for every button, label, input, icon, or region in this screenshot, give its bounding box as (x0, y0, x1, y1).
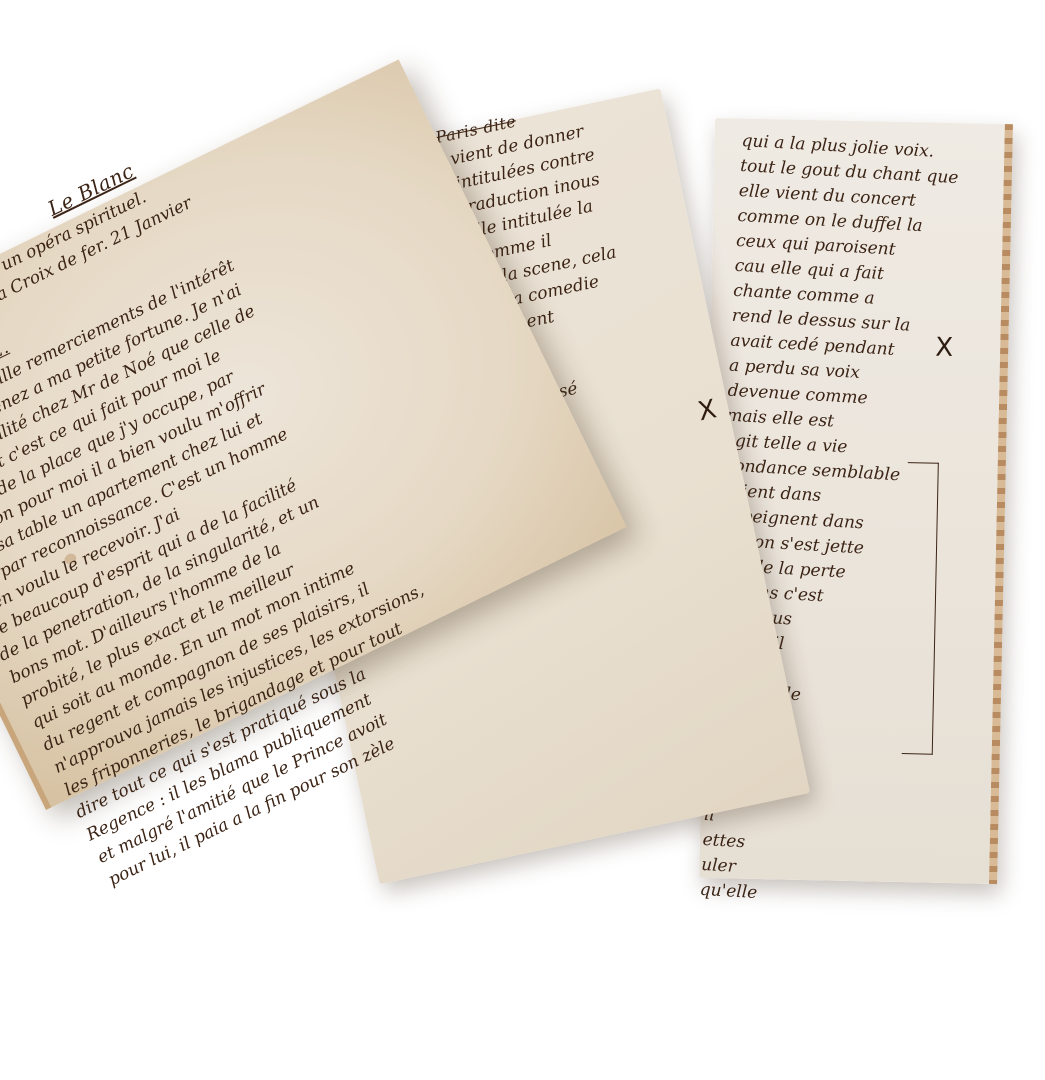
manuscript-photo: qui a la plus jolie voix. tout le gout d… (0, 0, 1045, 1080)
x-mark: X (935, 333, 953, 363)
margin-bracket (902, 462, 939, 755)
x-mark: X (695, 394, 719, 427)
